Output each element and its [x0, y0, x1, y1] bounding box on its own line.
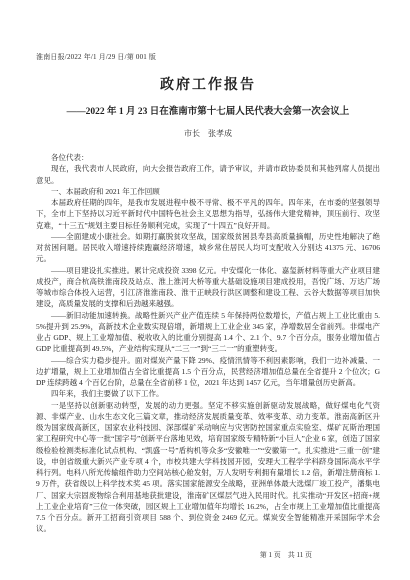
subtitle: ——2022 年 1 月 23 日在淮南市第十七届人民代表大会第一次会议上	[36, 103, 380, 117]
paragraph: ——项目建设扎实推进。累计完成投资 3398 亿元。中安煤化一体化、嘉玺新材料等…	[36, 265, 380, 310]
paragraph: ——新旧动能加速转换。战略性新兴产业产值连续 5 年保持两位数增长，产值占规上工…	[36, 310, 380, 355]
paragraph: 一是坚持以创新驱动转型，发展的动力更强。坚定不移实施创新驱动发展战略，做好煤电化…	[36, 400, 380, 535]
paragraph: ——全面建成小康社会。如期打赢脱贫攻坚战，国家级贫困县寿县高质量摘帽，历史性地解…	[36, 231, 380, 265]
document-body: 各位代表： 现在，我代表市人民政府，向大会报告政府工作，请予审议，并请市政协委员…	[36, 152, 380, 535]
document-page: 淮南日报/2022 年/1 月/29 日/第 001 版 政府工作报告 ——20…	[0, 0, 410, 580]
byline: 市长 张孝成	[36, 128, 380, 139]
source-line: 淮南日报/2022 年/1 月/29 日/第 001 版	[36, 52, 380, 62]
paragraph: 四年来，我们主要做了以下工作。	[36, 388, 380, 399]
paragraph: ——综合实力稳步提升。面对煤炭产量下降 29%、疫情汛情等不利因素影响，我们一边…	[36, 355, 380, 389]
salutation: 各位代表：	[36, 152, 380, 163]
page-number: 第 1 页 共 11 页	[36, 550, 380, 560]
page-title: 政府工作报告	[36, 74, 380, 94]
paragraph-intro: 现在，我代表市人民政府，向大会报告政府工作，请予审议，并请市政协委员和其他列席人…	[36, 163, 380, 186]
section-heading: 一、本届政府和 2021 年工作回顾	[36, 186, 380, 197]
paragraph: 本届政府任期的四年，是我市发展进程中极不寻常、极不平凡的四年。四年来，在市委的坚…	[36, 197, 380, 231]
